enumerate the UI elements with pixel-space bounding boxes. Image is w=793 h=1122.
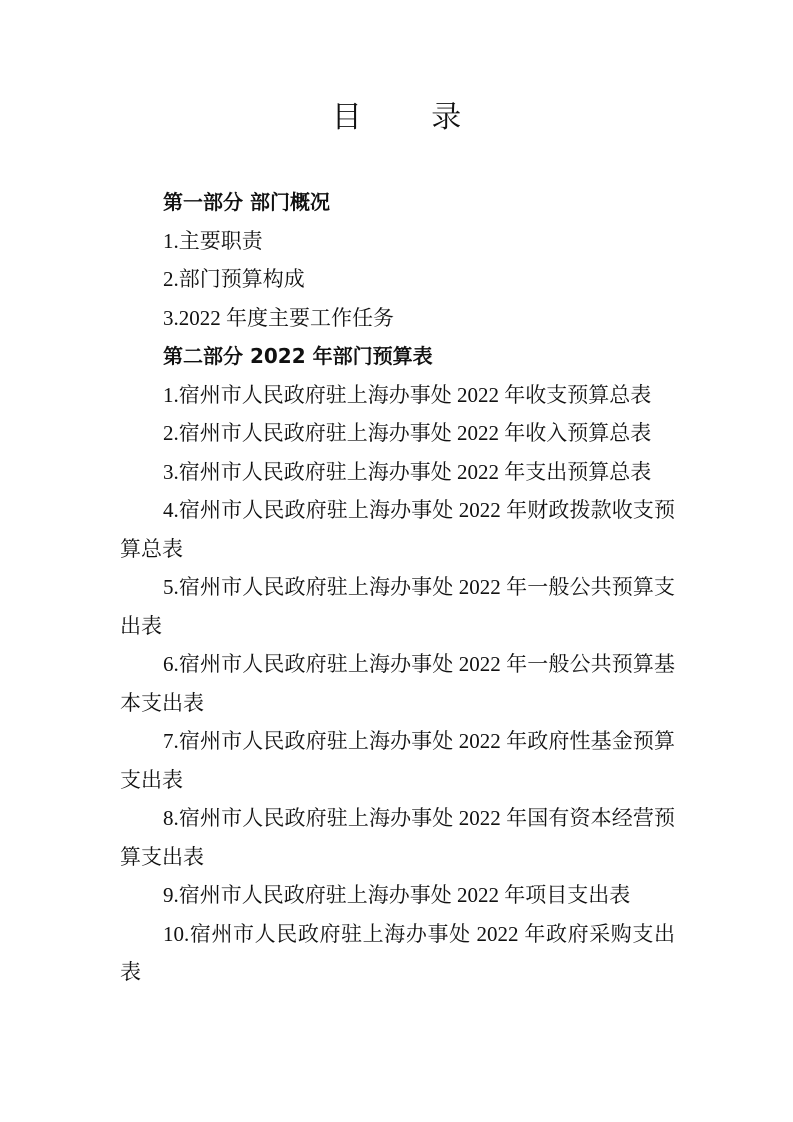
toc-item: 4.宿州市人民政府驻上海办事处 2022 年财政拨款收支预算总表 <box>120 491 675 568</box>
toc-item: 9.宿州市人民政府驻上海办事处 2022 年项目支出表 <box>120 876 675 915</box>
toc-item: 8.宿州市人民政府驻上海办事处 2022 年国有资本经营预算支出表 <box>120 799 675 876</box>
toc-item: 7.宿州市人民政府驻上海办事处 2022 年政府性基金预算支出表 <box>120 722 675 799</box>
toc-item: 1.主要职责 <box>120 222 675 261</box>
document-page: 目 录 第一部分 部门概况 1.主要职责 2.部门预算构成 3.2022 年度主… <box>0 0 793 1122</box>
toc-item: 5.宿州市人民政府驻上海办事处 2022 年一般公共预算支出表 <box>120 568 675 645</box>
toc-section-heading: 第二部分 2022 年部门预算表 <box>120 337 675 376</box>
page-title: 目 录 <box>0 98 793 138</box>
toc-item: 3.宿州市人民政府驻上海办事处 2022 年支出预算总表 <box>120 453 675 492</box>
toc-item: 2.部门预算构成 <box>120 260 675 299</box>
toc-section-heading: 第一部分 部门概况 <box>120 183 675 222</box>
toc-item: 3.2022 年度主要工作任务 <box>120 299 675 338</box>
toc-item: 10.宿州市人民政府驻上海办事处 2022 年政府采购支出表 <box>120 915 675 992</box>
toc-item: 6.宿州市人民政府驻上海办事处 2022 年一般公共预算基本支出表 <box>120 645 675 722</box>
table-of-contents: 第一部分 部门概况 1.主要职责 2.部门预算构成 3.2022 年度主要工作任… <box>120 183 675 992</box>
toc-item: 2.宿州市人民政府驻上海办事处 2022 年收入预算总表 <box>120 414 675 453</box>
toc-item: 1.宿州市人民政府驻上海办事处 2022 年收支预算总表 <box>120 376 675 415</box>
